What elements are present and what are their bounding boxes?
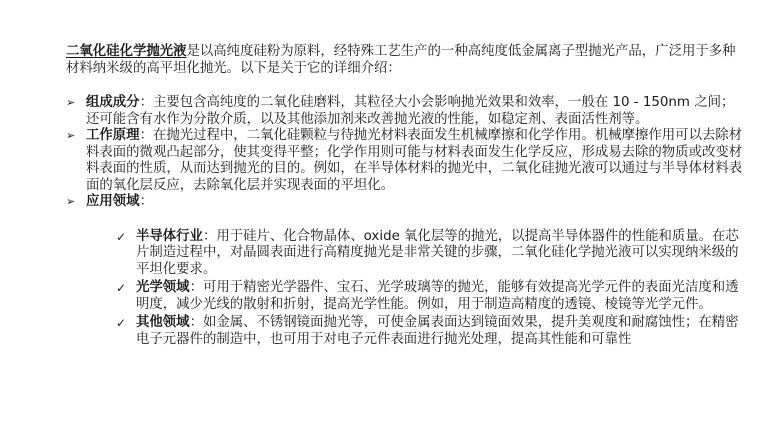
sub-item-separator: ： [203, 229, 216, 244]
checkmark-bullet-icon: ✓ [116, 229, 126, 246]
arrow-bullet-icon: ➢ [66, 128, 75, 145]
document-page: 二氧化硅化学抛光液是以高纯度硅粉为原料，经特殊工艺生产的一种高纯度低金属离子型抛… [66, 44, 746, 350]
sub-item-text: 可用于精密光学器件、宝石、光学玻璃等的抛光，能够有效提高光学元件的表面光洁度和透… [136, 280, 739, 312]
sub-item-heading: 其他领域 [136, 315, 190, 330]
sub-item-semiconductor: ✓ 半导体行业：用于硅片、化合物晶体、oxide 氧化层等的抛光，以提高半导体器… [116, 229, 746, 279]
list-item-principle: ➢ 工作原理：在抛光过程中，二氧化硅颗粒与待抛光材料表面发生机械摩擦和化学作用。… [66, 128, 746, 194]
sub-item-separator: ： [190, 280, 203, 295]
arrow-bullet-icon: ➢ [66, 194, 75, 211]
intro-paragraph: 二氧化硅化学抛光液是以高纯度硅粉为原料，经特殊工艺生产的一种高纯度低金属离子型抛… [66, 44, 746, 77]
sub-item-separator: ： [190, 315, 203, 330]
sub-item-text: 用于硅片、化合物晶体、oxide 氧化层等的抛光，以提高半导体器件的性能和质量。… [136, 229, 739, 277]
sub-item-text: 如金属、不锈钢镜面抛光等，可使金属表面达到镜面效果，提升美观度和耐腐蚀性；在精密… [136, 315, 739, 347]
item-separator: ： [140, 194, 153, 209]
main-bullet-list: ➢ 组成成分：主要包含高纯度的二氧化硅磨料，其粒径大小会影响抛光效果和效率，一般… [66, 95, 746, 348]
item-text: 主要包含高纯度的二氧化硅磨料，其粒径大小会影响抛光效果和效率，一般在 10 - … [86, 95, 734, 127]
sub-item-heading: 光学领域 [136, 280, 190, 295]
list-item-applications: ➢ 应用领域： ✓ 半导体行业：用于硅片、化合物晶体、oxide 氧化层等的抛光… [66, 194, 746, 348]
item-text: 在抛光过程中，二氧化硅颗粒与待抛光材料表面发生机械摩擦和化学作用。机械摩擦作用可… [86, 128, 742, 193]
intro-term: 二氧化硅化学抛光液 [66, 44, 187, 59]
arrow-bullet-icon: ➢ [66, 95, 75, 112]
item-separator: ： [140, 128, 153, 143]
item-separator: ： [140, 95, 153, 110]
sub-item-other: ✓ 其他领域：如金属、不锈钢镜面抛光等，可使金属表面达到镜面效果，提升美观度和耐… [116, 315, 746, 348]
item-heading: 应用领域 [86, 194, 140, 209]
checkmark-bullet-icon: ✓ [116, 280, 126, 297]
item-heading: 组成成分 [86, 95, 140, 110]
sub-item-heading: 半导体行业 [136, 229, 203, 244]
checkmark-bullet-icon: ✓ [116, 315, 126, 332]
item-heading: 工作原理 [86, 128, 140, 143]
application-sub-list: ✓ 半导体行业：用于硅片、化合物晶体、oxide 氧化层等的抛光，以提高半导体器… [86, 229, 746, 349]
list-item-composition: ➢ 组成成分：主要包含高纯度的二氧化硅磨料，其粒径大小会影响抛光效果和效率，一般… [66, 95, 746, 128]
sub-item-optics: ✓ 光学领域：可用于精密光学器件、宝石、光学玻璃等的抛光，能够有效提高光学元件的… [116, 280, 746, 313]
